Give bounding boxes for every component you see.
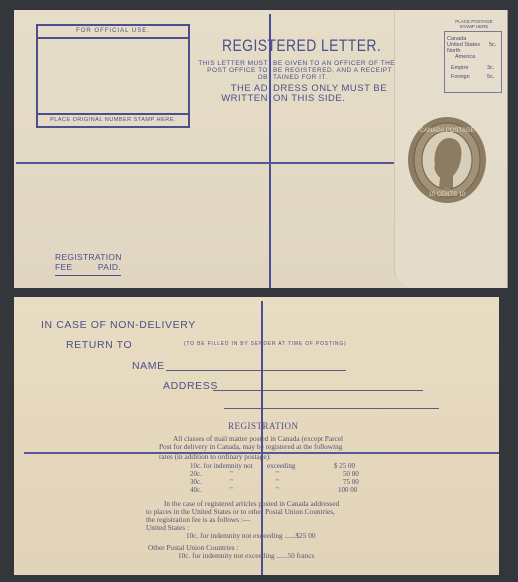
svg-text:CANADA POSTAGE: CANADA POSTAGE xyxy=(420,128,475,134)
postage-row-foreign: Foreign xyxy=(451,74,470,81)
envelope-back: IN CASE OF NON-DELIVERY RETURN TO (TO BE… xyxy=(14,297,499,575)
non-delivery-heading: IN CASE OF NON-DELIVERY xyxy=(41,319,196,331)
address-note-line2-right: ON THIS SIDE. xyxy=(273,93,345,104)
rate-row-1-fee: 10c. for indemnity not xyxy=(190,462,253,470)
instruction-line2-left: POST OFFICE TO xyxy=(195,67,268,74)
return-to-heading: RETURN TO xyxy=(66,339,132,351)
name-field-line[interactable] xyxy=(166,370,346,371)
address-label: ADDRESS xyxy=(163,380,218,392)
official-use-header: FOR OFFICIAL USE. xyxy=(38,26,188,39)
registration-title: REGISTRATION xyxy=(228,421,299,431)
rate-row-2-ditto: " xyxy=(230,470,233,478)
postage-row-foreign-value: 5c. xyxy=(487,74,494,81)
envelope-front: FOR OFFICIAL USE. PLACE ORIGINAL NUMBER … xyxy=(14,10,507,288)
instruction-line1-left: THIS LETTER MUST xyxy=(195,60,268,67)
rate-row-2-fee: 20c. xyxy=(190,470,202,478)
registration-fee-label: REGISTRATION FEE PAID. xyxy=(55,252,122,273)
registration-para1-line2: Post for delivery in Canada, may be regi… xyxy=(159,442,342,451)
address-field-line-1[interactable] xyxy=(213,390,423,391)
postage-row-empire: Empire xyxy=(451,65,468,72)
rate-row-2-amount: 50 00 xyxy=(343,470,359,478)
rate-row-3-amount: 75 00 xyxy=(343,478,359,486)
address-field-line-2[interactable] xyxy=(224,408,439,409)
united-states-label: United States : xyxy=(146,523,189,532)
king-head-stamp-icon: CANADA POSTAGE 10 CENTS 10 xyxy=(407,116,487,204)
other-postal-union-rate: 10c. for indemnity not exceeding ......5… xyxy=(178,551,314,560)
rate-row-3-ditto2: " xyxy=(276,478,279,486)
horizontal-divider-line xyxy=(16,162,394,164)
rate-row-3-ditto: " xyxy=(230,478,233,486)
registered-letter-title: REGISTERED LETTER. xyxy=(222,36,381,56)
postage-box-header: PLACE POSTAGE STAMP HERE xyxy=(446,19,502,29)
postage-row-america: America xyxy=(455,54,475,61)
postage-row-us-value: 5c. xyxy=(489,42,496,49)
official-use-box: FOR OFFICIAL USE. PLACE ORIGINAL NUMBER … xyxy=(36,24,190,128)
instruction-line1-right: BE GIVEN TO AN OFFICER OF THE xyxy=(273,60,395,67)
name-label: NAME xyxy=(132,360,165,372)
registration-para1-line3: rates (in addition to ordinary postage): xyxy=(159,452,271,461)
rate-row-4-fee: 40c. xyxy=(190,486,202,494)
official-use-footer: PLACE ORIGINAL NUMBER STAMP HERE. xyxy=(38,113,188,126)
registration-fee-underline xyxy=(55,275,121,276)
rate-row-4-amount: 100 00 xyxy=(338,486,357,494)
svg-text:10 CENTS 10: 10 CENTS 10 xyxy=(428,192,466,198)
embossed-stamp: CANADA POSTAGE 10 CENTS 10 xyxy=(407,116,487,204)
fill-in-note: (TO BE FILLED IN BY SENDER AT TIME OF PO… xyxy=(184,341,346,347)
rate-row-4-ditto2: " xyxy=(276,486,279,494)
instruction-line3-left: OB xyxy=(195,74,268,81)
rate-row-1-amount: $ 25 00 xyxy=(334,462,355,470)
rate-row-2-ditto2: " xyxy=(276,470,279,478)
postage-row-empire-value: 3c. xyxy=(487,65,494,72)
instruction-line3-right: TAINED FOR IT. xyxy=(273,74,328,81)
rate-row-1-exceeding: exceeding xyxy=(267,462,295,470)
united-states-rate: 10c. for indemnity not exceeding ......$… xyxy=(186,531,316,540)
postage-rates-box: Canada United States 5c. North America E… xyxy=(444,31,502,93)
address-note-line2-left: WRITTEN xyxy=(195,93,268,104)
vertical-divider-line xyxy=(269,14,271,288)
rate-row-4-ditto: " xyxy=(230,486,233,494)
instruction-line2-right: BE REGISTERED, AND A RECEIPT xyxy=(273,67,392,74)
rate-row-3-fee: 30c. xyxy=(190,478,202,486)
